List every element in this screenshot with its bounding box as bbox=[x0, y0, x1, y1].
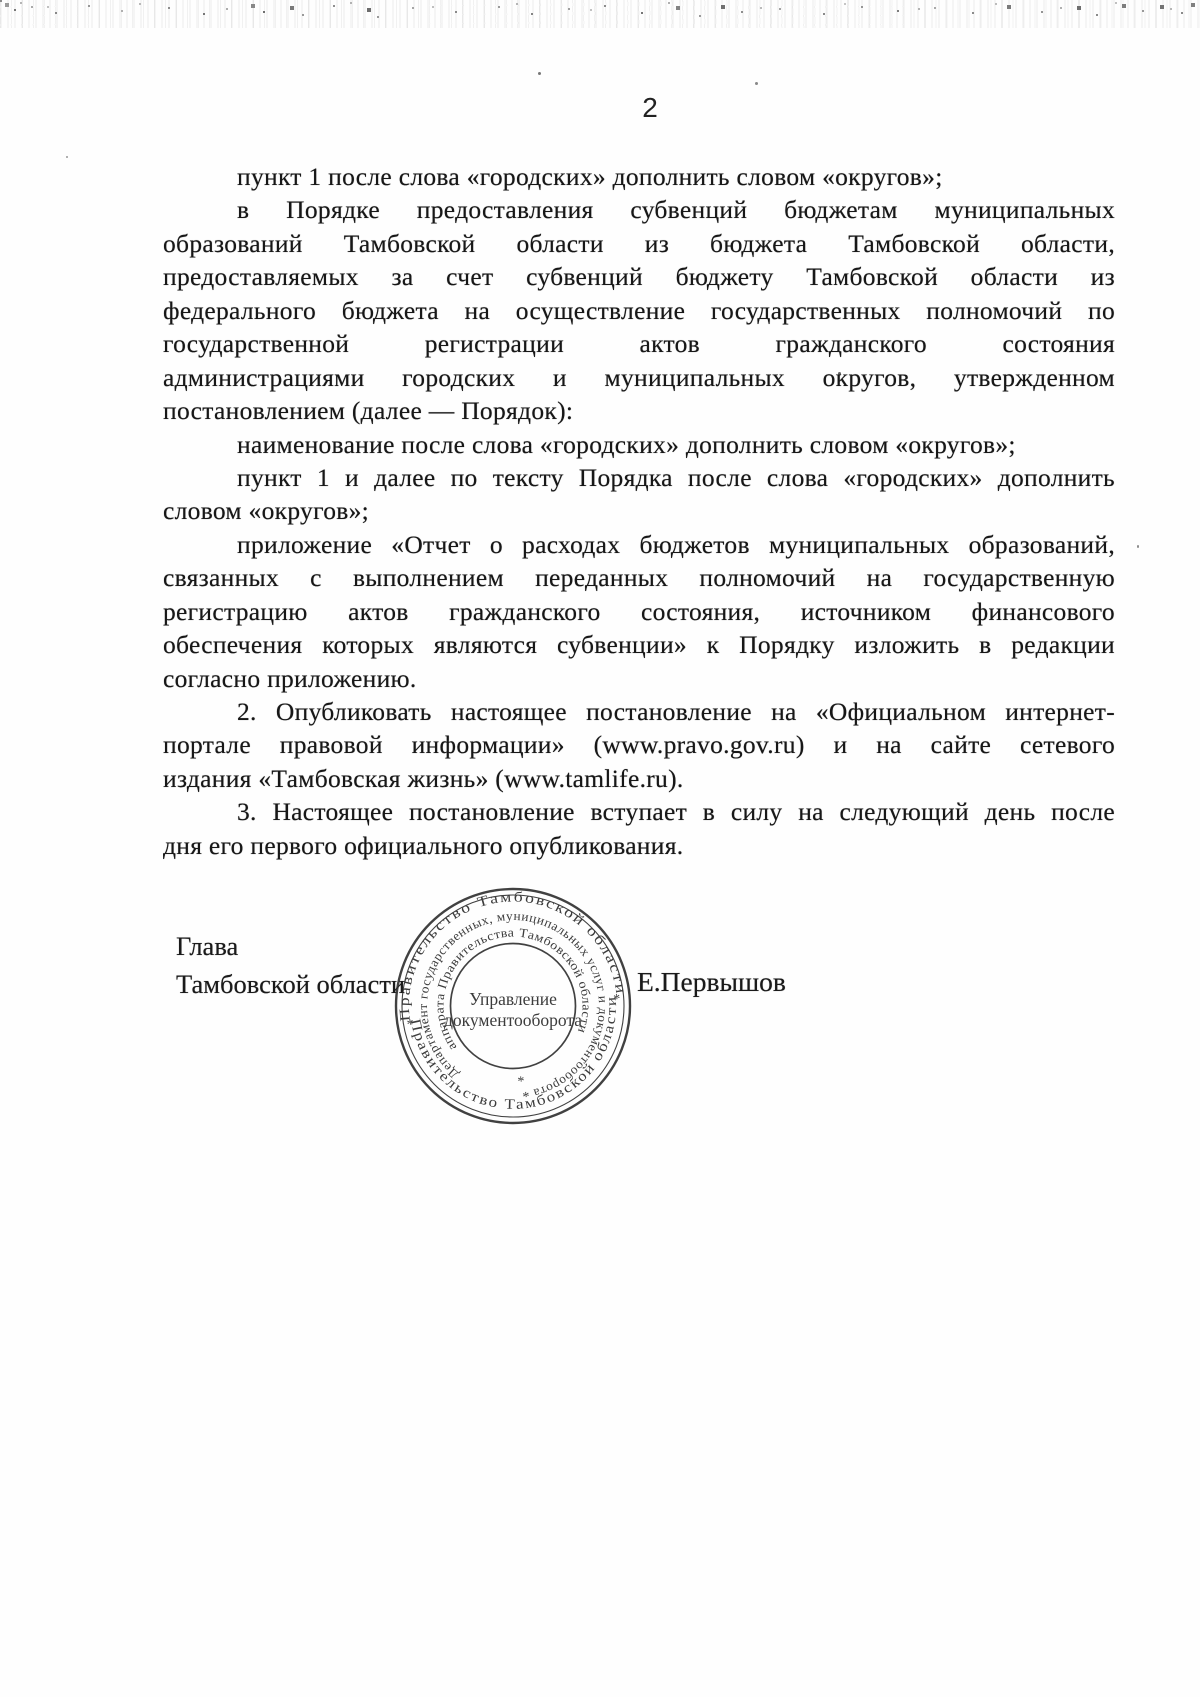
body-line: предоставляемых за счет субвенций бюджет… bbox=[163, 260, 1115, 293]
body-line: пункт 1 после слова «городских» дополнит… bbox=[163, 160, 1115, 193]
scan-noise-band bbox=[0, 0, 1200, 28]
body-line: наименование после слова «городских» доп… bbox=[163, 428, 1115, 461]
body-line: 2. Опубликовать настоящее постановление … bbox=[163, 695, 1115, 728]
body-line: портале правовой информации» (www.pravo.… bbox=[163, 728, 1115, 761]
scan-speck-dot bbox=[538, 72, 541, 75]
body-line: федерального бюджета на осуществление го… bbox=[163, 294, 1115, 327]
scan-speckles bbox=[0, 0, 2, 2]
body-line: словом «округов»; bbox=[163, 494, 1115, 527]
body-line: приложение «Отчет о расходах бюджетов му… bbox=[163, 528, 1115, 561]
body-line: в Порядке предоставления субвенций бюдже… bbox=[163, 193, 1115, 226]
body-line: согласно приложению. bbox=[163, 662, 1115, 695]
body-line: регистрацию актов гражданского состояния… bbox=[163, 595, 1115, 628]
page-number: 2 bbox=[600, 92, 700, 124]
body-line: издания «Тамбовская жизнь» (www.tamlife.… bbox=[163, 762, 1115, 795]
body-line: обеспечения которых являются субвенции» … bbox=[163, 628, 1115, 661]
scan-speck-dot bbox=[66, 156, 68, 158]
body-line: пункт 1 и далее по тексту Порядка после … bbox=[163, 461, 1115, 494]
signatory-title-line1: Глава bbox=[176, 931, 238, 962]
scan-speck-dot bbox=[1137, 545, 1139, 548]
body-line: постановлением (далее — Порядок): bbox=[163, 394, 1115, 427]
official-stamp: Правительство Тамбовской области Правите… bbox=[392, 885, 634, 1127]
body-line: 3. Настоящее постановление вступает в си… bbox=[163, 795, 1115, 828]
body-line: образований Тамбовской области из бюджет… bbox=[163, 227, 1115, 260]
body-line: дня его первого официального опубликован… bbox=[163, 829, 1115, 862]
signatory-name: Е.Первышов bbox=[637, 966, 786, 998]
stamp-star-bottom2: * bbox=[522, 1090, 531, 1106]
body-line: администрациями городских и муниципальны… bbox=[163, 361, 1115, 394]
signatory-title-line2: Тамбовской области bbox=[176, 969, 405, 1000]
document-page: 2 пункт 1 после слова «городских» дополн… bbox=[0, 0, 1200, 1697]
stamp-star-bottom1: * bbox=[517, 1074, 526, 1090]
body-line: связанных с выполнением переданных полно… bbox=[163, 561, 1115, 594]
stamp-center-line2: документооборота bbox=[444, 1010, 582, 1030]
scan-speck-dot bbox=[755, 82, 758, 85]
decree-body-text: пункт 1 после слова «городских» дополнит… bbox=[163, 160, 1115, 862]
stamp-center-line1: Управление bbox=[469, 989, 557, 1009]
body-line: государственной регистрации актов гражда… bbox=[163, 327, 1115, 360]
